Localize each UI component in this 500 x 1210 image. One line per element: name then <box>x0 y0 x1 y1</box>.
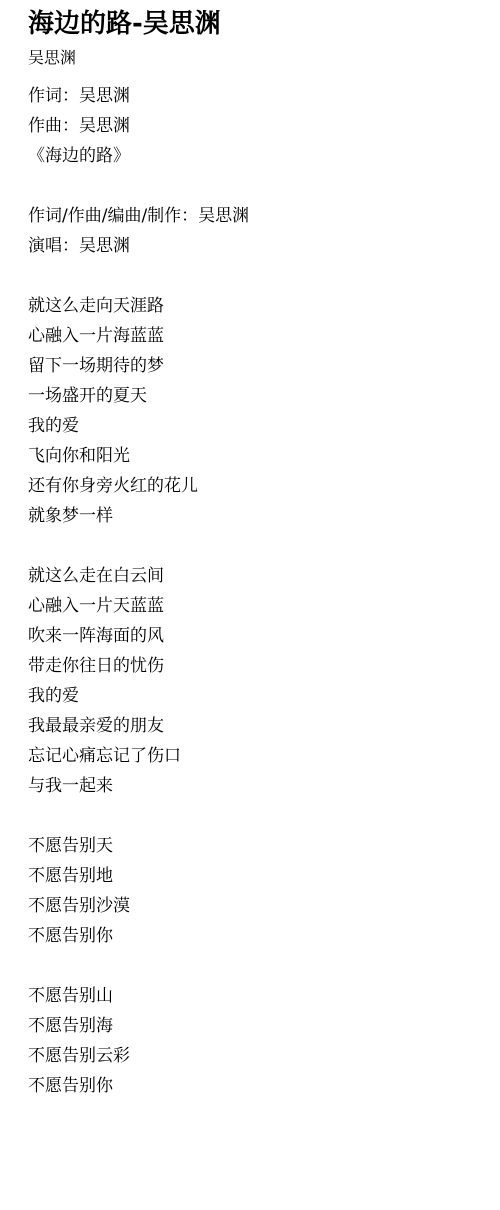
artist-name: 吴思渊 <box>28 47 476 68</box>
lyrics-block: 作词：吴思渊作曲：吴思渊《海边的路》作词/作曲/编曲/制作：吴思渊演唱：吴思渊就… <box>28 81 476 1101</box>
lyric-line: 留下一场期待的梦 <box>28 351 476 381</box>
page-title: 海边的路-吴思渊 <box>28 6 476 42</box>
lyric-line: 就这么走向天涯路 <box>28 291 476 321</box>
lyric-line: 不愿告别你 <box>28 921 476 951</box>
lyric-line <box>28 801 476 831</box>
lyric-line: 作词：吴思渊 <box>28 81 476 111</box>
lyric-line <box>28 261 476 291</box>
lyric-line: 带走你往日的忧伤 <box>28 651 476 681</box>
lyric-line: 不愿告别你 <box>28 1071 476 1101</box>
lyric-line: 就这么走在白云间 <box>28 561 476 591</box>
lyric-line: 不愿告别山 <box>28 981 476 1011</box>
lyric-line: 我的爱 <box>28 681 476 711</box>
lyric-line: 作曲：吴思渊 <box>28 111 476 141</box>
lyric-line <box>28 951 476 981</box>
lyric-line: 演唱：吴思渊 <box>28 231 476 261</box>
lyric-line: 不愿告别地 <box>28 861 476 891</box>
lyric-line: 心融入一片天蓝蓝 <box>28 591 476 621</box>
lyric-line: 不愿告别沙漠 <box>28 891 476 921</box>
lyric-line: 不愿告别天 <box>28 831 476 861</box>
lyric-line: 就象梦一样 <box>28 501 476 531</box>
lyric-line: 飞向你和阳光 <box>28 441 476 471</box>
lyric-line: 不愿告别海 <box>28 1011 476 1041</box>
lyric-line <box>28 171 476 201</box>
lyric-line: 一场盛开的夏天 <box>28 381 476 411</box>
lyrics-page: 海边的路-吴思渊 吴思渊 作词：吴思渊作曲：吴思渊《海边的路》作词/作曲/编曲/… <box>0 0 500 1210</box>
lyric-line: 我的爱 <box>28 411 476 441</box>
lyric-line <box>28 531 476 561</box>
lyric-line: 还有你身旁火红的花儿 <box>28 471 476 501</box>
lyric-line: 与我一起来 <box>28 771 476 801</box>
lyric-line: 忘记心痛忘记了伤口 <box>28 741 476 771</box>
lyric-line: 《海边的路》 <box>28 141 476 171</box>
lyric-line: 心融入一片海蓝蓝 <box>28 321 476 351</box>
lyric-line: 我最最亲爱的朋友 <box>28 711 476 741</box>
lyric-line: 不愿告别云彩 <box>28 1041 476 1071</box>
lyric-line: 作词/作曲/编曲/制作：吴思渊 <box>28 201 476 231</box>
lyric-line: 吹来一阵海面的风 <box>28 621 476 651</box>
